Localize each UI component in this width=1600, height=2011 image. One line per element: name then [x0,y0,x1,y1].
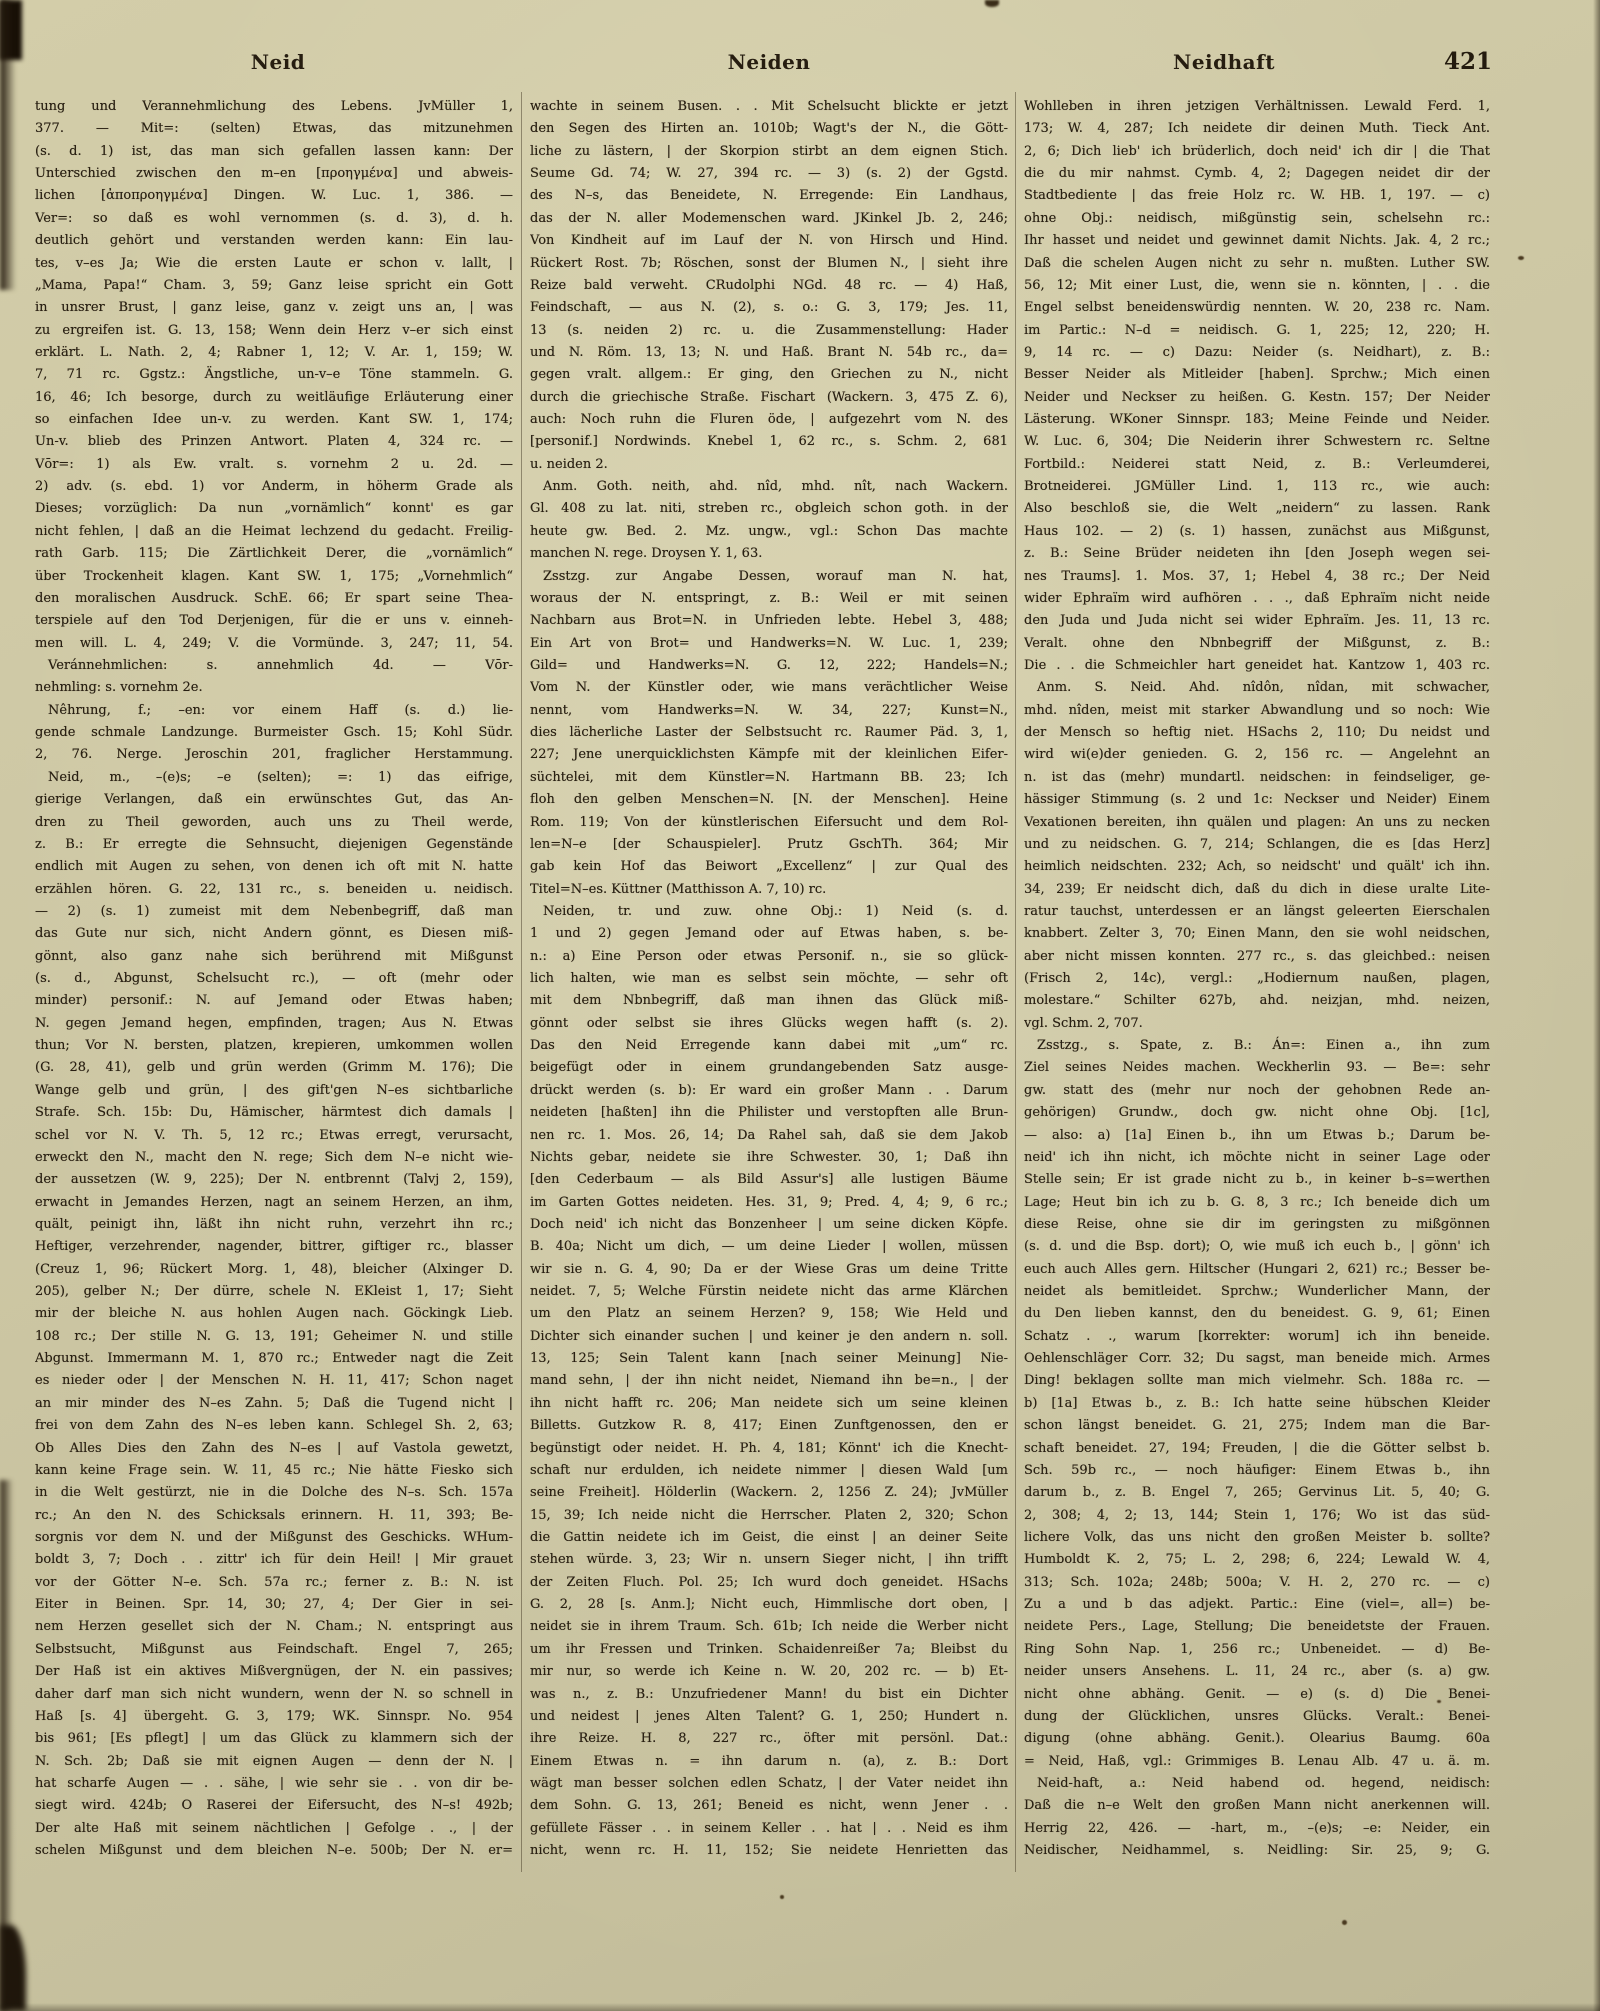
text-line: nehmling: s. vornehm 2e. [35,677,513,699]
scan-edge-artifact [0,2003,1600,2011]
text-line: lich halten, wie man es selbst sein möch… [530,968,1008,990]
scan-edge-artifact [0,1925,26,2011]
text-line: Reize bald verweht. CRudolphi NGd. 48 rc… [530,275,1008,297]
text-line: die du mir nahmst. Cymb. 4, 2; Dagegen n… [1024,163,1490,185]
text-line: Seume Gd. 74; W. 27, 394 rc. — 3) (s. 2)… [530,163,1008,185]
text-line: und zu neidschen. G. 7, 214; Schlangen, … [1024,834,1490,856]
running-head-center: Neiden [530,50,1008,80]
text-line: 13 (s. neiden 2) rc. u. die Zusammenstel… [530,320,1008,342]
text-line: manchen N. rege. Droysen Y. 1, 63. [530,543,1008,565]
text-line: molestare.“ Schilter 627b, ahd. neizjan,… [1024,990,1490,1012]
text-line: z. B.: Seine Brüder neideten ihn [den Jo… [1024,543,1490,565]
text-line: 34, 239; Er neidscht dich, daß du dich i… [1024,879,1490,901]
text-line: tung und Verannehmlichung des Lebens. Jv… [35,96,513,118]
text-line: Ihr hasset und neidet und gewinnet damit… [1024,230,1490,252]
text-line: Eiter in Beinen. Spr. 14, 30; 27, 4; Der… [35,1594,513,1616]
text-line: nen rc. 1. Mos. 26, 14; Da Rahel sah, da… [530,1125,1008,1147]
text-line: 15, 39; Ich neide nicht die Herrscher. P… [530,1505,1008,1527]
text-line: G. 2, 28 [s. Anm.]; Nicht euch, Himmlisc… [530,1594,1008,1616]
text-line: W. Luc. 6, 304; Die Neiderin ihrer Schwe… [1024,431,1490,453]
text-line: Anm. Goth. neith, ahd. nîd, mhd. nît, na… [530,476,1008,498]
text-line: in die Welt gestürzt, nie in die Dolche … [35,1482,513,1504]
text-line: nicht, wenn rc. H. 11, 152; Sie neidete … [530,1840,1008,1862]
text-line: gönnt, also ganz nahe sich berührend mit… [35,946,513,968]
text-line: dren zu Theil geworden, auch uns zu Thei… [35,812,513,834]
text-line: (s. d., Abgunst, Schelsucht rc.), — oft … [35,968,513,990]
text-line: Ver=: so daß es wohl vernommen (s. d. 3)… [35,208,513,230]
text-line: Ding! beklagen sollte man mich vielmehr.… [1024,1370,1490,1392]
text-line: mit dem Nbnbegriff, daß man ihnen das Gl… [530,990,1008,1012]
text-line: Lästerung. WKoner Sinnspr. 183; Meine Fe… [1024,409,1490,431]
text-line: hat scharfe Augen — . . sähe, | wie sehr… [35,1773,513,1795]
text-line: neidet sie in ihrem Traum. Sch. 61b; Ich… [530,1616,1008,1638]
text-line: Haß [s. 4] übergeht. G. 3, 179; WK. Sinn… [35,1706,513,1728]
text-line: gefüllete Fässer . . in seinem Keller . … [530,1818,1008,1840]
text-line: Vexationen bereiten, ihn quälen und plag… [1024,812,1490,834]
text-line: ihn nicht hafft rc. 206; Man neidete sic… [530,1393,1008,1415]
text-line: 1 und 2) gegen Jemand oder auf Etwas hab… [530,923,1008,945]
text-line: Daß die schelen Augen nicht zu sehr n. m… [1024,253,1490,275]
paper-speck [780,1895,784,1899]
text-line: Gild= und Handwerks=N. G. 12, 222; Hande… [530,655,1008,677]
text-line: thun; Vor N. bersten, platzen, krepieren… [35,1035,513,1057]
text-line: neider unsers Ansehens. L. 11, 24 rc., a… [1024,1661,1490,1683]
text-line: — 2) (s. 1) zumeist mit dem Nebenbegriff… [35,901,513,923]
scan-edge-artifact [985,0,999,7]
text-line: gegen vralt. allgem.: Er ging, den Griec… [530,364,1008,386]
text-line: Abgunst. Immermann M. 1, 870 rc.; Entwed… [35,1348,513,1370]
text-line: [den Cederbaum — als Bild Assur's] alle … [530,1169,1008,1191]
text-line: auch: Noch ruhn die Fluren öde, | aufgez… [530,409,1008,431]
text-line: Nêhrung, f.; –en: vor einem Haff (s. d.)… [35,700,513,722]
text-line: Neidischer, Neidhammel, s. Neidling: Sir… [1024,1840,1490,1862]
text-line: Nachbarn aus Brot=N. in Unfrieden lebte.… [530,610,1008,632]
text-line: 2, 308; 4, 2; 13, 144; Stein 1, 176; Wo … [1024,1505,1490,1527]
text-line: Dichter sich einander suchen | und keine… [530,1326,1008,1348]
text-line: begünstigt oder neidet. H. Ph. 4, 181; K… [530,1438,1008,1460]
text-line: Feindschaft, — aus N. (2), s. o.: G. 3, … [530,297,1008,319]
text-line: endlich mit Augen zu sehen, von denen ic… [35,856,513,878]
text-line: knabbert. Zelter 3, 70; Einen Mann, den … [1024,923,1490,945]
text-line: Veralt. ohne den Nbnbegriff der Mißgunst… [1024,633,1490,655]
text-line: neidet. 7, 5; Welche Fürstin neidete nic… [530,1281,1008,1303]
text-line: rath Garb. 115; Die Zärtlichkeit Derer, … [35,543,513,565]
text-line: schel vor N. V. Th. 5, 12 rc.; Etwas err… [35,1125,513,1147]
text-line: siegt wird. 424b; O Raserei der Eifersuc… [35,1795,513,1817]
text-line: ihre Reize. H. 8, 227 rc., öfter mit per… [530,1728,1008,1750]
text-line: Zu a und b das adjekt. Partic.: Eine (vi… [1024,1594,1490,1616]
text-line: erklärt. L. Nath. 2, 4; Rabner 1, 12; V.… [35,342,513,364]
text-line: Das den Neid Erregende kann dabei mit „u… [530,1035,1008,1057]
text-line: dung der Glücklichen, unsres Glücks. Ver… [1024,1706,1490,1728]
text-line: Titel=N–es. Küttner (Matthisson A. 7, 10… [530,879,1008,901]
text-line: len=N–e [der Schauspieler]. Prutz GschTh… [530,834,1008,856]
text-line: süchtelei, mit dem Künstler=N. Hartmann … [530,767,1008,789]
text-line: kann keine Frage sein. W. 11, 45 rc.; Ni… [35,1460,513,1482]
text-line: im Partic.: N–d = neidisch. G. 1, 225; 1… [1024,320,1490,342]
text-line: Billetts. Gutzkow R. 8, 417; Einen Zunft… [530,1415,1008,1437]
text-line: diese Reise, ohne sie dir im geringsten … [1024,1214,1490,1236]
text-line: Besser Neider als Mitleider [haben]. Spr… [1024,364,1490,386]
column-divider-rule [521,92,522,1872]
text-line: der Mensch so heftig niet. HSachs 2, 110… [1024,722,1490,744]
text-line: zu ergreifen ist. G. 13, 158; Wenn dein … [35,320,513,342]
text-line: — also: a) [1a] Einen b., ihn um Etwas b… [1024,1125,1490,1147]
text-line: beigefügt oder in einem grundangebenden … [530,1057,1008,1079]
text-line: was n., z. B.: Unzufriedener Mann! du bi… [530,1684,1008,1706]
text-line: Rückert Rost. 7b; Röschen, sonst der Blu… [530,253,1008,275]
text-line: Vōr=: 1) als Ew. vralt. s. vornehm 2 u. … [35,454,513,476]
text-line: gw. statt des (mehr nur noch der gehobne… [1024,1080,1490,1102]
text-line: wider Ephraïm wird aufhören . . ., daß E… [1024,588,1490,610]
text-line: Neiden, tr. und zuw. ohne Obj.: 1) Neid … [530,901,1008,923]
text-line: es nieder oder | der Menschen N. H. 11, … [35,1370,513,1392]
running-head-left: Neid [35,50,521,80]
paper-speck [1437,1700,1441,1703]
text-line: gende schmale Landzunge. Burmeister Gsch… [35,722,513,744]
text-line: z. B.: Er erregte die Sehnsucht, diejeni… [35,834,513,856]
scan-edge-artifact [0,1480,13,2011]
text-line: nennt, vom Handwerks=N. W. 34, 227; Kuns… [530,700,1008,722]
text-line: bis 961; [Es pflegt] | um das Glück zu k… [35,1728,513,1750]
text-line: Wohlleben in ihren jetzigen Verhältnisse… [1024,96,1490,118]
text-line: das Gute nur sich, nicht Andern gönnt, e… [35,923,513,945]
text-line: Selbstsucht, Mißgunst aus Feindschaft. E… [35,1639,513,1661]
text-line: Unterschied zwischen den m–en [προηγμένα… [35,163,513,185]
text-line: 13, 125; Sein Talent kann [nach seiner M… [530,1348,1008,1370]
text-line: mhd. nîden, meist mit starker Abwandlung… [1024,700,1490,722]
text-line: nem Herzen gesellet sich der N. Cham.; N… [35,1616,513,1638]
text-line: erwacht in Jemandes Herzen, nagt an sein… [35,1192,513,1214]
text-line: seine Freiheit]. Hölderlin (Wackern. 2, … [530,1482,1008,1504]
column-divider-rule [1015,92,1016,1872]
text-line: (s. d. 1) ist, das man sich gefallen las… [35,141,513,163]
text-line: heute gw. Bed. 2. Mz. ungw., vgl.: Schon… [530,521,1008,543]
text-line: wir sie n. G. 4, 90; Da er der Wiese Gra… [530,1259,1008,1281]
text-line: vgl. Schm. 2, 707. [1024,1013,1490,1035]
text-line: 377. — Mit=: (selten) Etwas, das mitzune… [35,118,513,140]
text-column-1: tung und Verannehmlichung des Lebens. Jv… [35,96,513,1862]
text-line: „Mama, Papa!“ Cham. 3, 59; Ganz leise sp… [35,275,513,297]
text-line: Ziel seines Neides machen. Weckherlin 93… [1024,1057,1490,1079]
text-line: liche zu lästern, | der Skorpion stirbt … [530,141,1008,163]
text-line: und N. Röm. 13, 13; N. und Haß. Brant N.… [530,342,1008,364]
text-line: lichere Volk, das uns nicht den großen M… [1024,1527,1490,1549]
text-line: Sch. 59b rc., — noch häufiger: Einem Etw… [1024,1460,1490,1482]
text-line: neid' ich ihn nicht, ich möchte nicht in… [1024,1147,1490,1169]
paper-speck [1342,1920,1347,1925]
text-line: die Gattin neidete ich im Geist, die ein… [530,1527,1008,1549]
text-line: Fortbild.: Neiderei statt Neid, z. B.: V… [1024,454,1490,476]
text-line: Ring Sohn Nap. 1, 256 rc.; Unbeneidet. —… [1024,1639,1490,1661]
text-line: Vom N. der Künstler oder, wie mans veräc… [530,677,1008,699]
text-line: vor der Götter N–e. Sch. 57a rc.; ferner… [35,1572,513,1594]
text-column-2: wachte in seinem Busen. . . Mit Schelsuc… [530,96,1008,1862]
text-line: nicht fehlen, | daß an die Heimat lechze… [35,521,513,543]
text-line: den Juda und Juda nicht sei wider Ephraï… [1024,610,1490,632]
text-column-3: Wohlleben in ihren jetzigen Verhältnisse… [1024,96,1490,1862]
text-line: Zsstzg. zur Angabe Dessen, worauf man N.… [530,566,1008,588]
text-line: mir nur, so werde ich Keine n. W. 20, 20… [530,1661,1008,1683]
text-line: Haus 102. — 2) (s. 1) hassen, zunächst a… [1024,521,1490,543]
text-line: mir der bleiche N. aus hohlen Augen nach… [35,1303,513,1325]
text-line: tes, v–es Ja; Wie die ersten Laute er sc… [35,253,513,275]
text-line: Neid-haft, a.: Neid habend od. hegend, n… [1024,1773,1490,1795]
text-line: Der alte Haß mit seinem nächtlichen | Ge… [35,1818,513,1840]
text-line: euch auch Alles gern. Hiltscher (Hungari… [1024,1259,1490,1281]
text-line: Also beschloß sie, die Welt „neidern“ zu… [1024,498,1490,520]
text-line: lichen [ἀποπροηγμένα] Dingen. W. Luc. 1,… [35,185,513,207]
text-line: quält, peinigt ihn, läßt ihn nicht ruhn,… [35,1214,513,1236]
text-line: des N–s, das Beneidete, N. Erregende: Ei… [530,185,1008,207]
text-line: Gl. 408 zu lat. niti, streben rc., obgle… [530,498,1008,520]
text-line: schon längst beneidet. G. 21, 275; Indem… [1024,1415,1490,1437]
text-line: 7, 71 rc. Ggstz.: Ängstliche, un-v–e Tön… [35,364,513,386]
text-line: (Creuz 1, 96; Rückert Morg. 1, 48), blei… [35,1259,513,1281]
text-line: N. Sch. 2b; Daß sie mit eignen Augen — d… [35,1751,513,1773]
text-line: Dieses; vorzüglich: Da nun „vornämlich“ … [35,498,513,520]
scanned-dictionary-page: Neid Neiden Neidhaft 421 tung und Verann… [0,0,1600,2011]
text-line: gab kein Hof das Beiwort „Excellenz“ | z… [530,856,1008,878]
text-line: wägt man besser solchen edlen Schatz, | … [530,1773,1008,1795]
text-line: Neid, m., –(e)s; –e (selten); =: 1) das … [35,767,513,789]
scan-edge-artifact [0,0,22,60]
text-line: in unsrer Brust, | ganz leise, ganz v. z… [35,297,513,319]
text-line: gierige Verlangen, daß ein erwünschtes G… [35,789,513,811]
text-line: um ihr Fressen und Trinken. Schaidenreiß… [530,1639,1008,1661]
text-line: [personif.] Nordwinds. Knebel 1, 62 rc.,… [530,431,1008,453]
text-line: Einem Etwas n. = ihn darum n. (a), z. B.… [530,1751,1008,1773]
text-line: schaft nur erdulden, ich neidete nimmer … [530,1460,1008,1482]
text-line: Stelle sein; Er ist grade nicht zu b., i… [1024,1169,1490,1191]
text-line: der aussetzen (W. 9, 225); Der N. entbre… [35,1169,513,1191]
text-line: schelen Mißgunst und dem bleichen N–e. 5… [35,1840,513,1862]
text-line: das der N. aller Modemenschen ward. JKin… [530,208,1008,230]
text-line: B. 40a; Nicht um dich, — um deine Lieder… [530,1236,1008,1258]
text-line: an mir minder des N–es Zahn. 5; Daß die … [35,1393,513,1415]
text-line: Veránnehmlichen: s. annehmlich 4d. — Vōr… [35,655,513,677]
text-line: Anm. S. Neid. Ahd. nîdôn, nîdan, mit sch… [1024,677,1490,699]
text-line: ohne Obj.: neidisch, mißgünstig sein, sc… [1024,208,1490,230]
text-line: minder) personif.: N. auf Jemand oder Et… [35,990,513,1012]
paper-speck [1518,256,1524,260]
text-line: Engel selbst beneidenswürdig nennten. W.… [1024,297,1490,319]
text-line: Zsstzg., s. Spate, z. B.: Án=: Einen a.,… [1024,1035,1490,1057]
text-line: Humboldt K. 2, 75; L. 2, 298; 6, 224; Le… [1024,1549,1490,1571]
scan-edge-artifact [0,0,16,290]
text-line: (s. d. und die Bsp. dort); O, wie muß ic… [1024,1236,1490,1258]
text-line: Doch neid' ich nicht das Bonzenheer | um… [530,1214,1008,1236]
running-head-right: Neidhaft [1024,50,1424,80]
text-line: erweckt den N., macht den N. rege; Sich … [35,1147,513,1169]
text-line: wird wi(e)der genieden. G. 2, 156 rc. — … [1024,744,1490,766]
text-line: um den Platz an seinem Herzen? 9, 158; W… [530,1303,1008,1325]
text-line: Herrig 22, 426. — -hart, m., –(e)s; –e: … [1024,1818,1490,1840]
text-line: über Trockenheit klagen. Kant SW. 1, 175… [35,566,513,588]
text-line: der Zeiten Fluch. Pol. 25; Ich wurd doch… [530,1572,1008,1594]
text-line: 2, 76. Nerge. Jeroschin 201, fraglicher … [35,744,513,766]
text-line: = Neid, Haß, vgl.: Grimmiges B. Lenau Al… [1024,1751,1490,1773]
text-line: den moralischen Ausdruck. SchE. 66; Er s… [35,588,513,610]
text-line: (Frisch 2, 14c), vergl.: „Hodiernum nauß… [1024,968,1490,990]
text-line: rc.; An den N. des Schicksals erinnern. … [35,1505,513,1527]
text-line: deutlich gehört und verstanden werden ka… [35,230,513,252]
text-line: 56, 12; Mit einer Lust, die, wenn sie n.… [1024,275,1490,297]
text-line: floh den gelben Menschen=N. [N. der Mens… [530,789,1008,811]
scan-edge-artifact [1593,0,1600,2011]
text-line: woraus der N. entspringt, z. B.: Weil er… [530,588,1008,610]
text-line: gönnt oder selbst sie ihres Glücks wegen… [530,1013,1008,1035]
text-line: u. neiden 2. [530,454,1008,476]
text-line: daher darf man sich nicht wundern, wenn … [35,1684,513,1706]
text-line: hässiger Stimmung (s. 2 und 1c: Neckser … [1024,789,1490,811]
text-line: sorgnis vor dem N. und der Mißgunst des … [35,1527,513,1549]
text-line: 313; Sch. 102a; 248b; 500a; V. H. 2, 270… [1024,1572,1490,1594]
text-line: du Den lieben kannst, den du beneidest. … [1024,1303,1490,1325]
text-line: durch die griechische Straße. Fischart (… [530,387,1008,409]
text-line: den Segen des Hirten an. 1010b; Wagt's d… [530,118,1008,140]
text-line: Neider und Neckser zu heißen. G. Kestn. … [1024,387,1490,409]
text-line: terspiele auf den Tod Derjenigen, für di… [35,610,513,632]
text-line: Un-v. blieb des Prinzen Antwort. Platen … [35,431,513,453]
text-line: Nichts gebar, neidete sie ihre Schwester… [530,1147,1008,1169]
text-line: Strafe. Sch. 15b: Du, Hämischer, härmtes… [35,1102,513,1124]
text-line: Heftiger, verzehrender, nagender, bittre… [35,1236,513,1258]
text-line: schaft beneidet. 27, 194; Freuden, | die… [1024,1438,1490,1460]
text-line: Stadtbediente | das freie Holz rc. W. HB… [1024,185,1490,207]
text-line: dies lächerliche Laster der Selbstsucht … [530,722,1008,744]
text-line: 2, 6; Dich lieb' ich brüderlich, doch ne… [1024,141,1490,163]
text-line: dem Sohn. G. 13, 261; Beneid es nicht, w… [530,1795,1008,1817]
text-line: gehörigen) Grundw., doch gw. nicht ohne … [1024,1102,1490,1124]
text-line: 2) adv. (s. ebd. 1) vor Anderm, in höher… [35,476,513,498]
text-line: 108 rc.; Der stille N. G. 13, 191; Gehei… [35,1326,513,1348]
text-line: 16, 46; Ich besorge, durch zu weitläufig… [35,387,513,409]
text-line: und neidest | jenes Alten Talent? G. 1, … [530,1706,1008,1728]
text-line: 173; W. 4, 287; Ich neidete dir deinen M… [1024,118,1490,140]
text-line: aber nicht missen konnten. 277 rc., s. d… [1024,946,1490,968]
text-line: Daß die n–e Welt den großen Mann nicht a… [1024,1795,1490,1817]
text-line: 227; Jene unerquicklichsten Kämpfe mit d… [530,744,1008,766]
text-line: Rom. 119; Von der künstlerischen Eifersu… [530,812,1008,834]
text-line: Ob Alles Dies den Zahn des N–es | auf Va… [35,1438,513,1460]
text-line: N. gegen Jemand hegen, empfinden, tragen… [35,1013,513,1035]
text-line: erzählen hören. G. 22, 131 rc., s. benei… [35,879,513,901]
text-line: Ein Art von Brot= und Handwerks=N. W. Lu… [530,633,1008,655]
text-line: Wange gelb und grün, | des gift'gen N–es… [35,1080,513,1102]
text-line: Der Haß ist ein aktives Mißvergnügen, de… [35,1661,513,1683]
page-number: 421 [1418,48,1492,75]
text-line: heimlich neidschten. 232; Ach, so neidsc… [1024,856,1490,878]
text-line: (G. 28, 41), gelb und grün werden (Grimm… [35,1057,513,1079]
text-line: 205), gelber N.; Der dürre, schele N. EK… [35,1281,513,1303]
text-line: stehen würde. 3, 23; Wir n. unsern Siege… [530,1549,1008,1571]
text-line: Brotneiderei. JGMüller Lind. 1, 113 rc.,… [1024,476,1490,498]
text-line: mand sehn, | der ihn nicht neidet, Niema… [530,1370,1008,1392]
text-line: neidet als bemitleidet. Sprchw.; Wunderl… [1024,1281,1490,1303]
text-line: b) [1a] Etwas b., z. B.: Ich hatte seine… [1024,1393,1490,1415]
text-line: Oehlenschläger Corr. 32; Du sagst, man b… [1024,1348,1490,1370]
text-line: n.: a) Eine Person oder etwas Personif. … [530,946,1008,968]
text-line: nes Traums]. 1. Mos. 37, 1; Hebel 4, 38 … [1024,566,1490,588]
text-line: darum b., z. B. Engel 7, 265; Gervinus L… [1024,1482,1490,1504]
text-line: drückt werden (s. b): Er ward ein großer… [530,1080,1008,1102]
text-line: Lage; Heut bin ich zu b. G. 8, 3 rc.; Ic… [1024,1192,1490,1214]
text-line: im Garten Gottes neideten. Hes. 31, 9; P… [530,1192,1008,1214]
text-line: neideten [haßten] ihn die Philister und … [530,1102,1008,1124]
text-line: Von Kindheit auf im Lauf der N. von Hirs… [530,230,1008,252]
text-line: Die . . die Schmeichler hart geneidet ha… [1024,655,1490,677]
text-line: neidete Pers., Lage, Stellung; Die benei… [1024,1616,1490,1638]
text-line: Schatz . ., warum [korrekter: worum] ich… [1024,1326,1490,1348]
text-line: boldt 3, 7; Doch . . zittr' ich für dein… [35,1549,513,1571]
text-line: wachte in seinem Busen. . . Mit Schelsuc… [530,96,1008,118]
text-line: ratur tauchst, unterdessen er an längst … [1024,901,1490,923]
text-line: so einfachen Idee un-v. zu werden. Kant … [35,409,513,431]
text-line: n. ist das (mehr) mundartl. neidschen: i… [1024,767,1490,789]
text-line: nicht ohne abhäng. Genit. — e) (s. d) Di… [1024,1684,1490,1706]
text-line: 9, 14 rc. — c) Dazu: Neider (s. Neidhart… [1024,342,1490,364]
text-line: men will. L. 4, 249; V. die Vormünde. 3,… [35,633,513,655]
text-line: frei von dem Zahn des N–es leben kann. S… [35,1415,513,1437]
text-line: digung (ohne abhäng. Genit.). Olearius B… [1024,1728,1490,1750]
